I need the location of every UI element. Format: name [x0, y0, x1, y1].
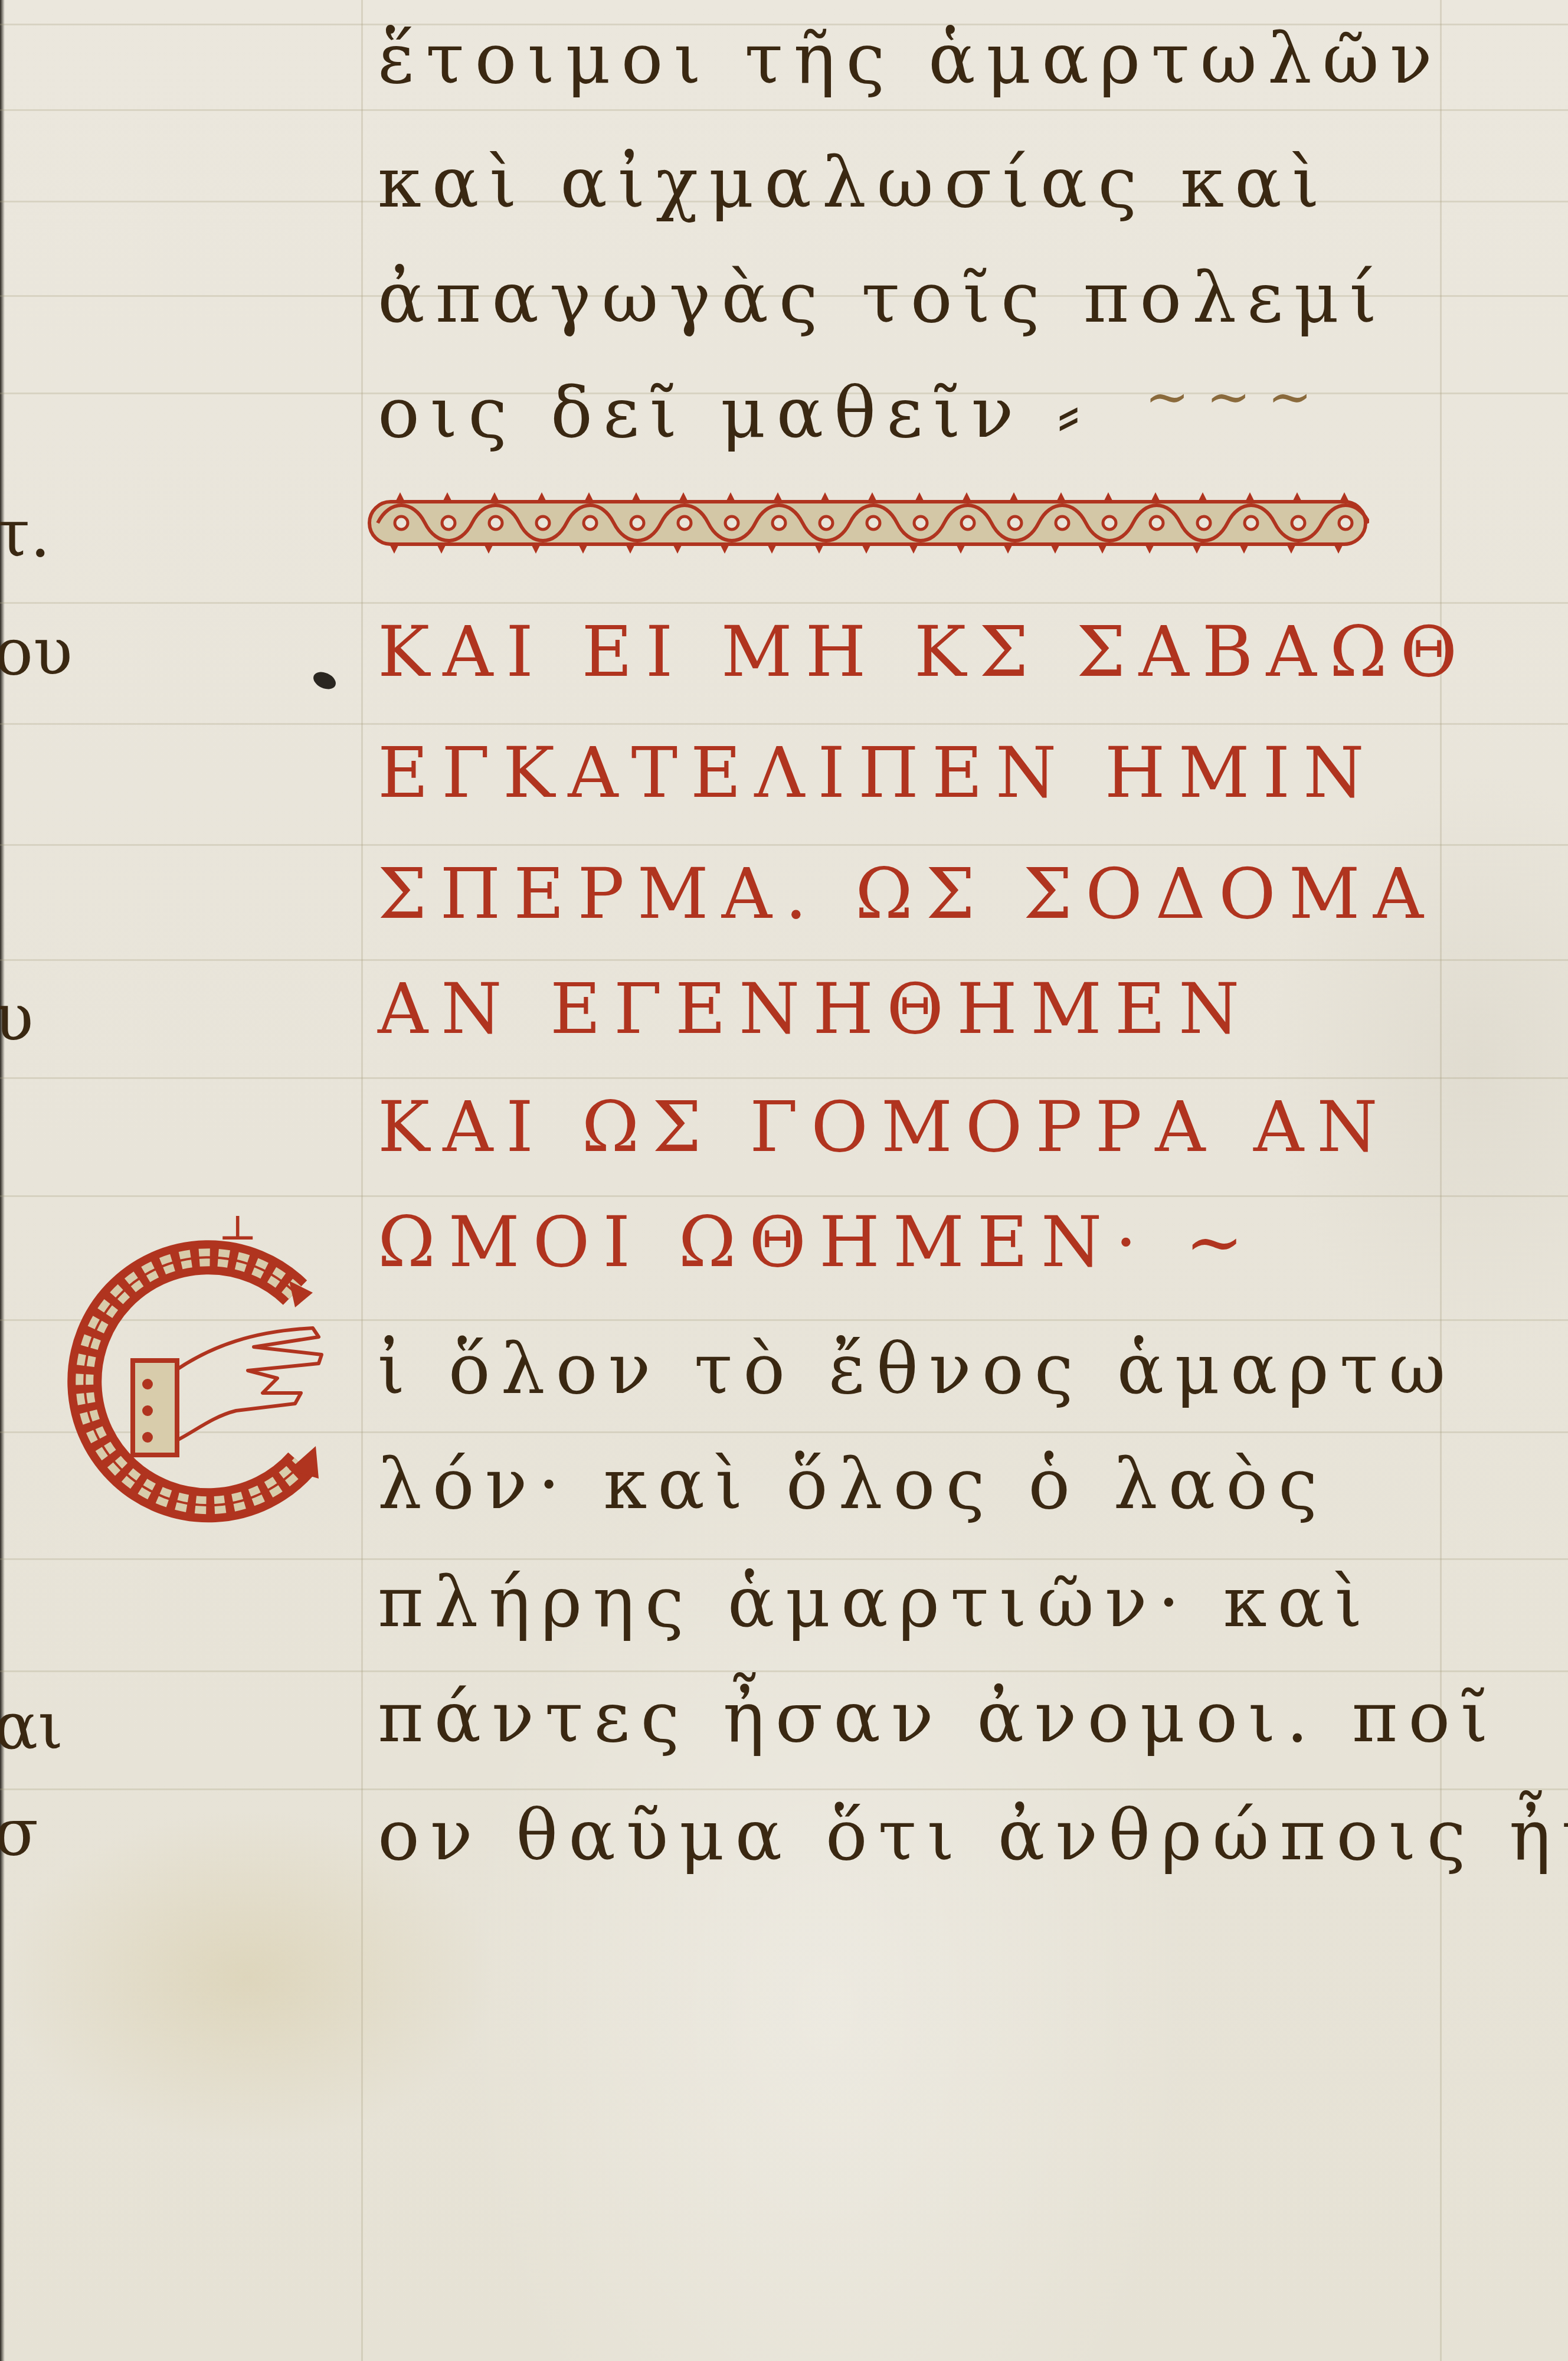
- ruling-line: [0, 1077, 1568, 1079]
- margin-fragment: υ: [0, 980, 34, 1055]
- rubric-line: ΩΜΟΙ ΩΘΗΜΕΝ· ∼: [378, 1207, 1256, 1277]
- ruling-line: [0, 602, 1568, 604]
- text-line: ἀπαγωγὰς τοῖς πολεμί: [378, 263, 1387, 332]
- rubric-line: ΚΑΙ ΩΣ ΓΟΜΟΡΡΑ ΑΝ: [378, 1092, 1390, 1162]
- rubric-line: ΚΑΙ ΕΙ ΜΗ ΚΣ ΣΑΒΑΩΘ: [378, 617, 1470, 686]
- ruling-line: [0, 1195, 1568, 1197]
- ruling-line: [0, 723, 1568, 725]
- rubric-line: ΣΠΕΡΜΑ. ΩΣ ΣΟΔΟΜΑ: [378, 859, 1436, 928]
- margin-fragment: αι: [0, 1688, 63, 1764]
- text-line: ἰ ὅλον τὸ ἔθνος ἁμαρτω: [378, 1334, 1456, 1404]
- illuminated-initial-epsilon-icon: ⊥: [59, 1216, 342, 1523]
- text-line: ἕτοιμοι τῆς ἁμαρτωλῶν: [378, 24, 1443, 93]
- rubric-line: ΑΝ ΕΓΕΝΗΘΗΜΕΝ: [378, 974, 1252, 1044]
- text-line: ον θαῦμα ὅτι ἀνθρώποις ἦν: [378, 1800, 1568, 1870]
- text-line: οις δεῖ μαθεῖν ⸗: [378, 378, 1091, 447]
- margin-fragment: τ.: [0, 496, 51, 571]
- ruling-line: [0, 109, 1568, 111]
- ruling-vertical: [1440, 0, 1442, 2361]
- rubric-line: ΕΓΚΑΤΕΛΙΠΕΝ ΗΜΙΝ: [378, 738, 1377, 807]
- page-edge-shadow: [0, 0, 5, 2361]
- ruling-line: [0, 844, 1568, 846]
- text-line: πλήρης ἁμαρτιῶν· καὶ: [378, 1567, 1373, 1637]
- interlace-band-ornament: [366, 490, 1369, 555]
- ruling-vertical: [361, 0, 363, 2361]
- ruling-line: [0, 1558, 1568, 1560]
- margin-fragment: σ: [0, 1794, 38, 1870]
- margin-fragment: ου: [0, 614, 73, 689]
- text-line: καὶ αἰχμαλωσίας καὶ: [378, 148, 1330, 217]
- ruling-line: [0, 959, 1568, 961]
- text-line: λόν· καὶ ὅλος ὁ λαὸς: [378, 1449, 1328, 1519]
- text-line: πάντες ἦσαν ἀνομοι. ποῖ: [378, 1682, 1499, 1752]
- ruling-line: [0, 1670, 1568, 1672]
- ruling-line: [0, 1788, 1568, 1790]
- line-filler-ornament: ∼ ∼ ∼: [1145, 366, 1312, 428]
- parchment-background: [0, 0, 1568, 2361]
